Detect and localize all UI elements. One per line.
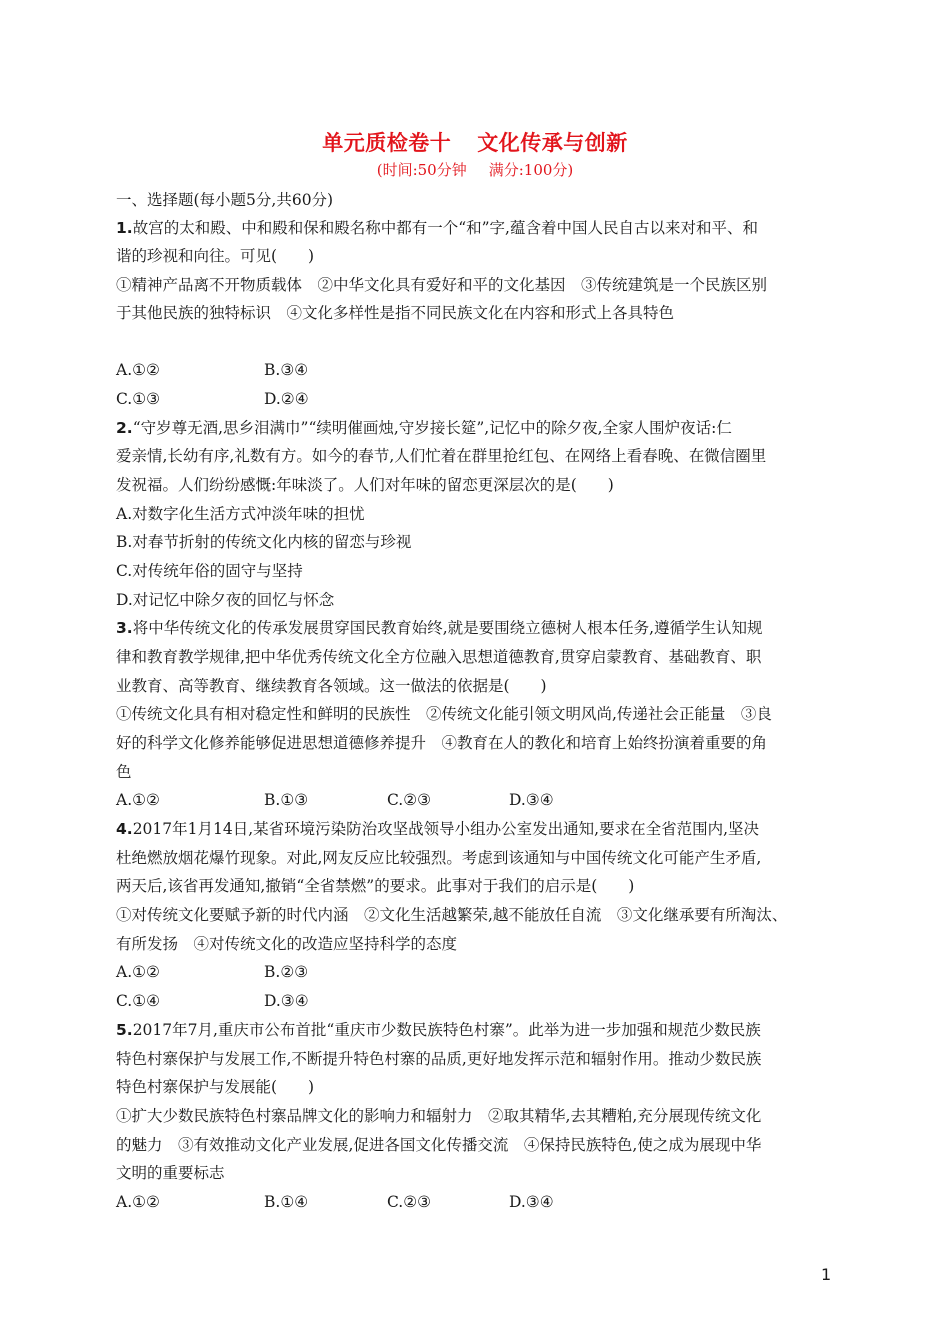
option-d: D.②④ [264, 389, 309, 409]
option-b: B.③④ [264, 360, 308, 380]
statement-line: 好的科学文化修养能够促进思想道德修养提升 ④教育在人的教化和培育上始终扮演着重要… [116, 733, 767, 753]
option-a: A.对数字化生活方式冲淡年味的担忧 [116, 504, 365, 524]
option-d: D.③④ [264, 991, 309, 1011]
statement-line: ①传统文化具有相对稳定性和鲜明的民族性 ②传统文化能引领文明风尚,传递社会正能量… [116, 704, 772, 724]
statement-line: ①扩大少数民族特色村寨品牌文化的影响力和辐射力 ②取其精华,去其糟粕,充分展现传… [116, 1106, 761, 1126]
exam-time: (时间:50分钟 [377, 161, 467, 179]
statement-line: 有所发扬 ④对传统文化的改造应坚持科学的态度 [116, 934, 457, 954]
statement-line: ①对传统文化要赋予新的时代内涵 ②文化生活越繁荣,越不能放任自流 ③文化继承要有… [116, 905, 787, 925]
question-text: 故宫的太和殿、中和殿和保和殿名称中都有一个“和”字,蕴含着中国人民自古以来对和平… [133, 219, 758, 237]
option-c: C.②③ [387, 790, 431, 810]
question-text: 两天后,该省再发通知,撤销“全省禁燃”的要求。此事对于我们的启示是( ) [116, 876, 634, 896]
option-a: A.①② [116, 360, 160, 380]
option-a: A.①② [116, 790, 160, 810]
question-number: 4. [116, 820, 133, 838]
option-d: D.③④ [509, 1192, 554, 1212]
question-text: 特色村寨保护与发展工作,不断提升特色村寨的品质,更好地发挥示范和辐射作用。推动少… [116, 1049, 761, 1069]
section-heading: 一、选择题(每小题5分,共60分) [116, 190, 333, 210]
question-text: 业教育、高等教育、继续教育各领域。这一做法的依据是( ) [116, 676, 547, 696]
statement-line: 色 [116, 762, 132, 782]
statement-line: 的魅力 ③有效推动文化产业发展,促进各国文化传播交流 ④保持民族特色,使之成为展… [116, 1135, 761, 1155]
question-number: 3. [116, 619, 133, 637]
option-d: D.③④ [509, 790, 554, 810]
question-number: 2. [116, 419, 133, 437]
page-title: 单元质检卷十文化传承与创新 [0, 127, 950, 157]
question-number: 5. [116, 1021, 133, 1039]
exam-info: (时间:50分钟满分:100分) [0, 159, 950, 180]
exam-page: 单元质检卷十文化传承与创新 (时间:50分钟满分:100分) 一、选择题(每小题… [0, 0, 950, 1344]
option-d: D.对记忆中除夕夜的回忆与怀念 [116, 590, 334, 610]
question-text: 杜绝燃放烟花爆竹现象。对此,网友反应比较强烈。考虑到该通知与中国传统文化可能产生… [116, 848, 761, 868]
question-text: 发祝福。人们纷纷感慨:年味淡了。人们对年味的留恋更深层次的是( ) [116, 475, 614, 495]
question-text: 2017年1月14日,某省环境污染防治攻坚战领导小组办公室发出通知,要求在全省范… [133, 820, 759, 838]
option-c: C.②③ [387, 1192, 431, 1212]
statement-line: ①精神产品离不开物质载体 ②中华文化具有爱好和平的文化基因 ③传统建筑是一个民族… [116, 275, 767, 295]
option-b: B.①③ [264, 790, 308, 810]
question-text: 爱亲情,长幼有序,礼数有方。如今的春节,人们忙着在群里抢红包、在网络上看春晚、在… [116, 446, 766, 466]
option-b: B.对春节折射的传统文化内核的留恋与珍视 [116, 532, 411, 552]
question-text: 谐的珍视和向往。可见( ) [116, 246, 314, 266]
question-text: 2017年7月,重庆市公布首批“重庆市少数民族特色村寨”。此举为进一步加强和规范… [133, 1021, 761, 1039]
question-text: 律和教育教学规律,把中华优秀传统文化全方位融入思想道德教育,贯穿启蒙教育、基础教… [116, 647, 761, 667]
question-text: 将中华传统文化的传承发展贯穿国民教育始终,就是要围绕立德树人根本任务,遵循学生认… [133, 619, 763, 637]
title-unit: 单元质检卷十 [322, 131, 451, 155]
page-number: 1 [821, 1265, 831, 1284]
question-number: 1. [116, 219, 133, 237]
option-c: C.对传统年俗的固守与坚持 [116, 561, 303, 581]
question-text: 特色村寨保护与发展能( ) [116, 1077, 314, 1097]
statement-line: 文明的重要标志 [116, 1163, 225, 1183]
option-b: B.②③ [264, 962, 308, 982]
option-c: C.①④ [116, 991, 160, 1011]
option-c: C.①③ [116, 389, 160, 409]
title-topic: 文化传承与创新 [477, 131, 628, 155]
option-a: A.①② [116, 1192, 160, 1212]
question-text: “守岁尊无酒,思乡泪满巾”“续明催画烛,守岁接长筵”,记忆中的除夕夜,全家人围炉… [133, 419, 732, 437]
option-b: B.①④ [264, 1192, 308, 1212]
exam-score: 满分:100分) [489, 161, 574, 179]
statement-line: 于其他民族的独特标识 ④文化多样性是指不同民族文化在内容和形式上各具特色 [116, 303, 674, 323]
option-a: A.①② [116, 962, 160, 982]
